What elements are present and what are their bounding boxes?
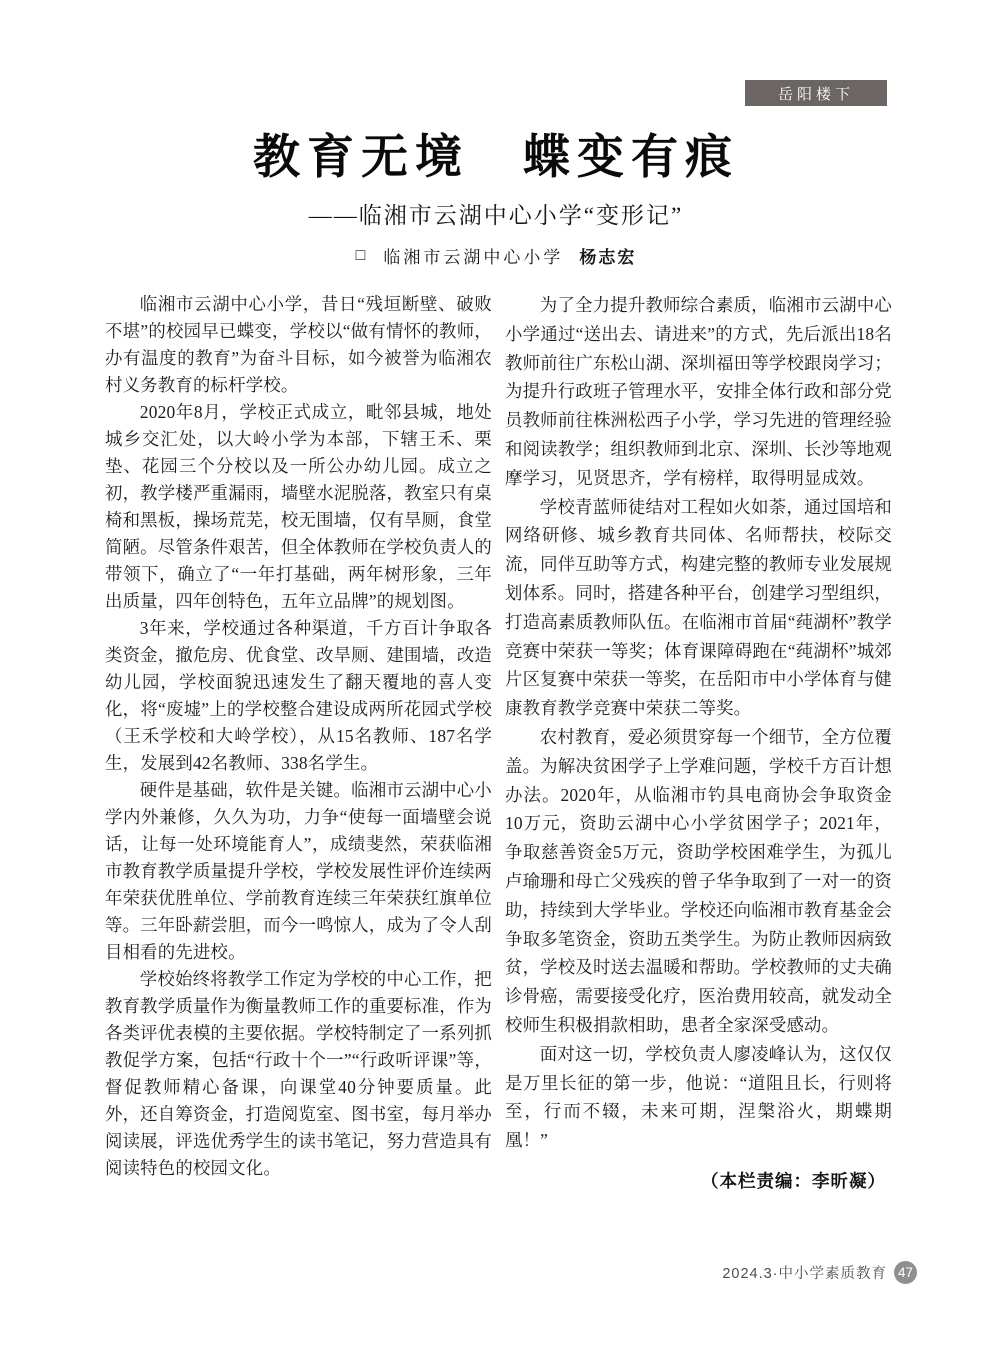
- journal-info: 2024.3·中小学素质教育: [722, 1262, 887, 1283]
- left-column: 临湘市云湖中心小学，昔日“残垣断壁、破败不堪”的校园早已蝶变，学校以“做有情怀的…: [105, 291, 492, 1196]
- page-number-badge: 47: [894, 1261, 917, 1284]
- paragraph: 农村教育，爱必须贯穿每一个细节，全方位覆盖。为解决贫困学子上学难问题，学校千方百…: [505, 723, 892, 1040]
- paragraph: 面对这一切，学校负责人廖凌峰认为，这仅仅是万里长征的第一步，他说：“道阻且长，行…: [505, 1040, 892, 1155]
- editor-note: （本栏责编：李昕凝）: [505, 1167, 892, 1196]
- paragraph: 学校青蓝师徒结对工程如火如荼，通过国培和网络研修、城乡教育共同体、名师帮扶，校际…: [505, 493, 892, 723]
- section-tag: 岳阳楼下: [745, 80, 887, 106]
- article-subtitle: ——临湘市云湖中心小学“变形记”: [0, 197, 992, 230]
- paragraph: 硬件是基础，软件是关键。临湘市云湖中心小学内外兼修，久久为功，力争“使每一面墙壁…: [105, 777, 492, 966]
- paragraph: 2020年8月，学校正式成立，毗邻县城，地处城乡交汇处，以大岭小学为本部，下辖王…: [105, 399, 492, 615]
- right-column: 为了全力提升教师综合素质，临湘市云湖中心小学通过“送出去、请进来”的方式，先后派…: [505, 291, 892, 1196]
- magazine-page: 岳阳楼下 教育无境 蝶变有痕 ——临湘市云湖中心小学“变形记” □ 临湘市云湖中…: [0, 0, 992, 1346]
- author-name: 杨志宏: [579, 243, 636, 268]
- page-footer: 2024.3·中小学素质教育 47: [722, 1261, 917, 1284]
- author-square-icon: □: [356, 247, 366, 265]
- article-title: 教育无境 蝶变有痕: [0, 130, 992, 184]
- paragraph: 学校始终将教学工作定为学校的中心工作，把教育教学质量作为衡量教师工作的重要标准，…: [105, 966, 492, 1182]
- paragraph: 临湘市云湖中心小学，昔日“残垣断壁、破败不堪”的校园早已蝶变，学校以“做有情怀的…: [105, 291, 492, 399]
- author-affiliation: 临湘市云湖中心小学: [383, 243, 563, 268]
- paragraph: 3年来，学校通过各种渠道，千方百计争取各类资金，撤危房、优食堂、改旱厕、建围墙，…: [105, 615, 492, 777]
- paragraph: 为了全力提升教师综合素质，临湘市云湖中心小学通过“送出去、请进来”的方式，先后派…: [505, 291, 892, 493]
- title-block: 教育无境 蝶变有痕 ——临湘市云湖中心小学“变形记” □ 临湘市云湖中心小学 杨…: [0, 130, 992, 268]
- article-body: 临湘市云湖中心小学，昔日“残垣断壁、破败不堪”的校园早已蝶变，学校以“做有情怀的…: [105, 291, 892, 1196]
- author-line: □ 临湘市云湖中心小学 杨志宏: [0, 243, 992, 268]
